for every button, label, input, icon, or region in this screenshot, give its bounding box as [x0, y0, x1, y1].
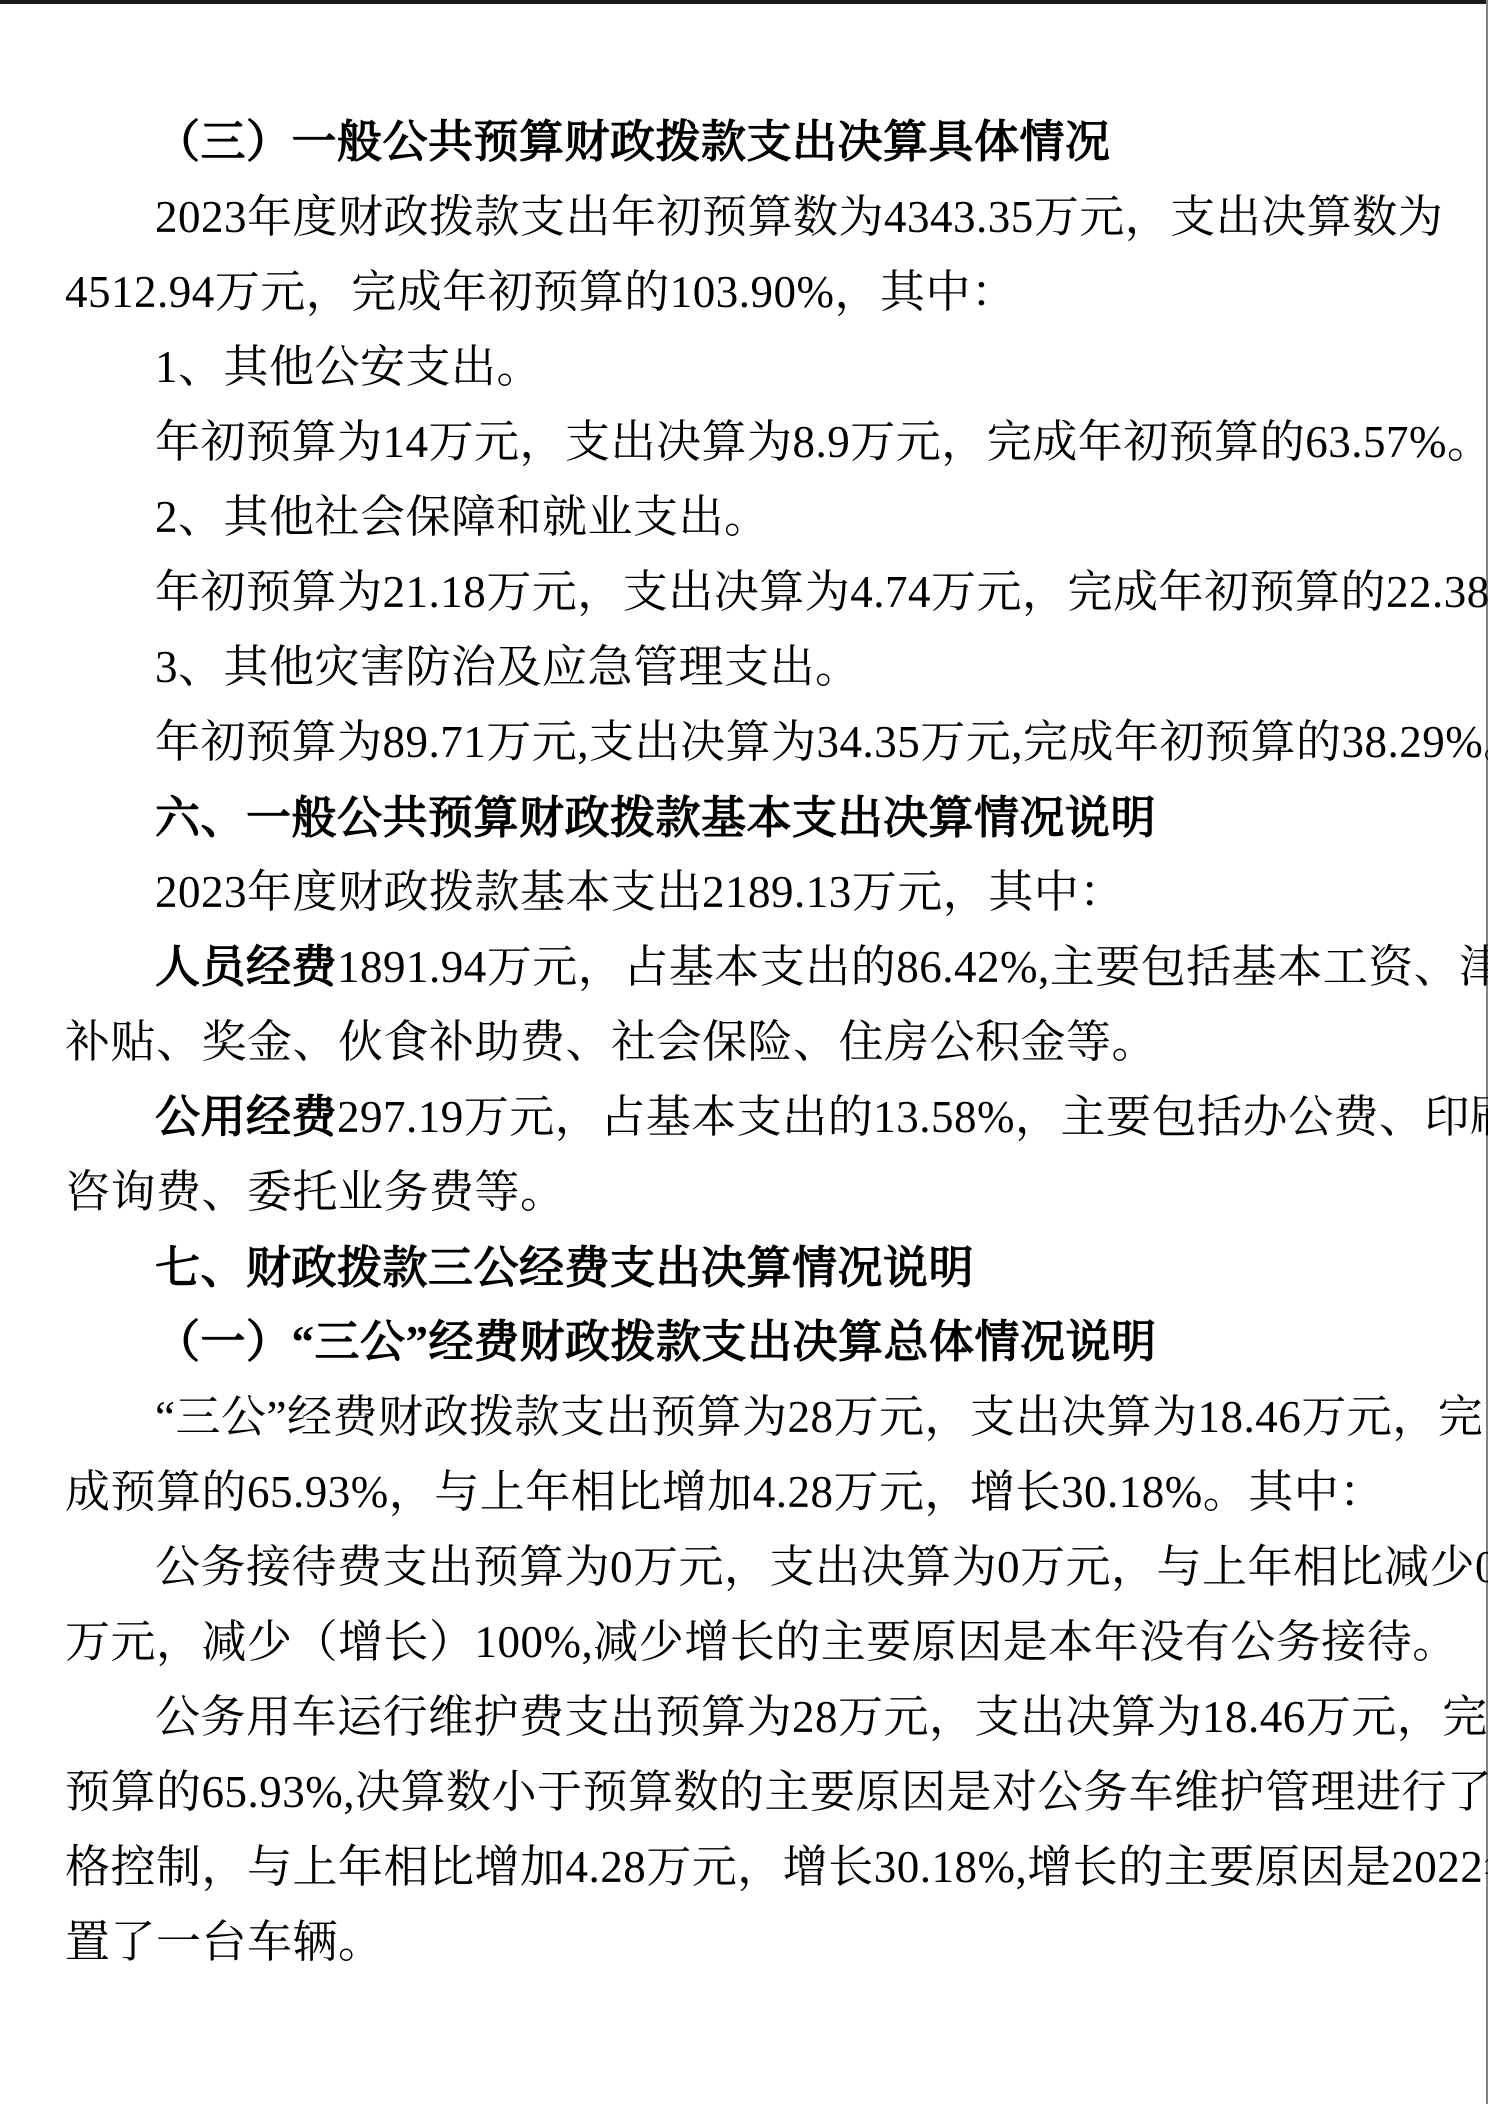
- paragraph-text: 4512.94万元，完成年初预算的103.90%，其中：: [65, 267, 1017, 317]
- paragraph-text: 公务接待费支出预算为0万元，支出决算为0万元，与上年相比减少0.05: [155, 1542, 1488, 1592]
- paragraph-text: 年初预算为21.18万元，支出决算为4.74万元，完成年初预算的22.38%。: [155, 567, 1488, 617]
- paragraph-line: 置了一台车辆。: [65, 1905, 1433, 1980]
- paragraph-line: 4512.94万元，完成年初预算的103.90%，其中：: [65, 255, 1433, 330]
- paragraph-text: 预算的65.93%,决算数小于预算数的主要原因是对公务车维护管理进行了严: [65, 1767, 1488, 1817]
- heading-subsection-one: （一）“三公”经费财政拨款支出决算总体情况说明: [65, 1305, 1433, 1380]
- heading-text: （一）“三公”经费财政拨款支出决算总体情况说明: [155, 1317, 1157, 1367]
- paragraph-line: 公务用车运行维护费支出预算为28万元，支出决算为18.46万元，完成: [65, 1680, 1433, 1755]
- heading-section-six: 六、一般公共预算财政拨款基本支出决算情况说明: [65, 780, 1433, 855]
- list-item-1: 1、其他公安支出。: [65, 330, 1433, 405]
- heading-section-three: （三）一般公共预算财政拨款支出决算具体情况: [65, 105, 1433, 180]
- paragraph-line: 公用经费297.19万元，占基本支出的13.58%，主要包括办公费、印刷费、: [65, 1080, 1433, 1155]
- top-border-bar: [0, 0, 1488, 4]
- paragraph-text: 2023年度财政拨款基本支出2189.13万元，其中：: [155, 867, 1125, 917]
- paragraph-line: 2023年度财政拨款支出年初预算数为4343.35万元，支出决算数为: [65, 180, 1433, 255]
- paragraph-text: 成预算的65.93%，与上年相比增加4.28万元，增长30.18%。其中：: [65, 1467, 1385, 1517]
- paragraph-text: 1891.94万元，占基本支出的86.42%,主要包括基本工资、津贴: [337, 942, 1488, 992]
- paragraph-text: 1、其他公安支出。: [155, 342, 542, 392]
- paragraph-text: 置了一台车辆。: [65, 1917, 384, 1967]
- paragraph-line: 公务接待费支出预算为0万元，支出决算为0万元，与上年相比减少0.05: [65, 1530, 1433, 1605]
- emphasis-personnel-funds: 人员经费: [155, 942, 337, 992]
- paragraph-line: “三公”经费财政拨款支出预算为28万元，支出决算为18.46万元，完: [65, 1380, 1433, 1455]
- document-body: （三）一般公共预算财政拨款支出决算具体情况 2023年度财政拨款支出年初预算数为…: [65, 105, 1433, 1980]
- heading-text: 七、财政拨款三公经费支出决算情况说明: [155, 1242, 974, 1293]
- paragraph-text: 3、其他灾害防治及应急管理支出。: [155, 642, 861, 692]
- document-page: { "page": { "background_color": "#ffffff…: [0, 0, 1488, 2104]
- paragraph-line: 年初预算为21.18万元，支出决算为4.74万元，完成年初预算的22.38%。: [65, 555, 1433, 630]
- paragraph-line: 年初预算为89.71万元,支出决算为34.35万元,完成年初预算的38.29%。: [65, 705, 1433, 780]
- paragraph-text: 297.19万元，占基本支出的13.58%，主要包括办公费、印刷费、: [337, 1092, 1488, 1142]
- paragraph-line: 咨询费、委托业务费等。: [65, 1155, 1433, 1230]
- paragraph-text: “三公”经费财政拨款支出预算为28万元，支出决算为18.46万元，完: [155, 1392, 1483, 1442]
- heading-section-seven: 七、财政拨款三公经费支出决算情况说明: [65, 1230, 1433, 1305]
- paragraph-text: 年初预算为89.71万元,支出决算为34.35万元,完成年初预算的38.29%。: [155, 717, 1488, 767]
- list-item-2: 2、其他社会保障和就业支出。: [65, 480, 1433, 555]
- paragraph-line: 年初预算为14万元，支出决算为8.9万元，完成年初预算的63.57%。: [65, 405, 1433, 480]
- paragraph-text: 2023年度财政拨款支出年初预算数为4343.35万元，支出决算数为: [155, 192, 1443, 242]
- paragraph-text: 年初预算为14万元，支出决算为8.9万元，完成年初预算的63.57%。: [155, 417, 1488, 467]
- paragraph-line: 万元，减少（增长）100%,减少增长的主要原因是本年没有公务接待。: [65, 1605, 1433, 1680]
- emphasis-public-funds: 公用经费: [155, 1092, 337, 1142]
- paragraph-text: 咨询费、委托业务费等。: [65, 1167, 566, 1217]
- paragraph-text: 格控制，与上年相比增加4.28万元，增长30.18%,增长的主要原因是2022年…: [65, 1842, 1488, 1892]
- paragraph-text: 2、其他社会保障和就业支出。: [155, 492, 770, 542]
- heading-text: 六、一般公共预算财政拨款基本支出决算情况说明: [155, 792, 1156, 843]
- paragraph-line: 成预算的65.93%，与上年相比增加4.28万元，增长30.18%。其中：: [65, 1455, 1433, 1530]
- paragraph-line: 补贴、奖金、伙食补助费、社会保险、住房公积金等。: [65, 1005, 1433, 1080]
- paragraph-line: 人员经费1891.94万元，占基本支出的86.42%,主要包括基本工资、津贴: [65, 930, 1433, 1005]
- paragraph-line: 格控制，与上年相比增加4.28万元，增长30.18%,增长的主要原因是2022年…: [65, 1830, 1433, 1905]
- heading-text: （三）一般公共预算财政拨款支出决算具体情况: [155, 117, 1111, 167]
- paragraph-text: 公务用车运行维护费支出预算为28万元，支出决算为18.46万元，完成: [155, 1692, 1488, 1742]
- paragraph-line: 预算的65.93%,决算数小于预算数的主要原因是对公务车维护管理进行了严: [65, 1755, 1433, 1830]
- paragraph-text: 补贴、奖金、伙食补助费、社会保险、住房公积金等。: [65, 1017, 1157, 1067]
- list-item-3: 3、其他灾害防治及应急管理支出。: [65, 630, 1433, 705]
- paragraph-line: 2023年度财政拨款基本支出2189.13万元，其中：: [65, 855, 1433, 930]
- paragraph-text: 万元，减少（增长）100%,减少增长的主要原因是本年没有公务接待。: [65, 1617, 1458, 1667]
